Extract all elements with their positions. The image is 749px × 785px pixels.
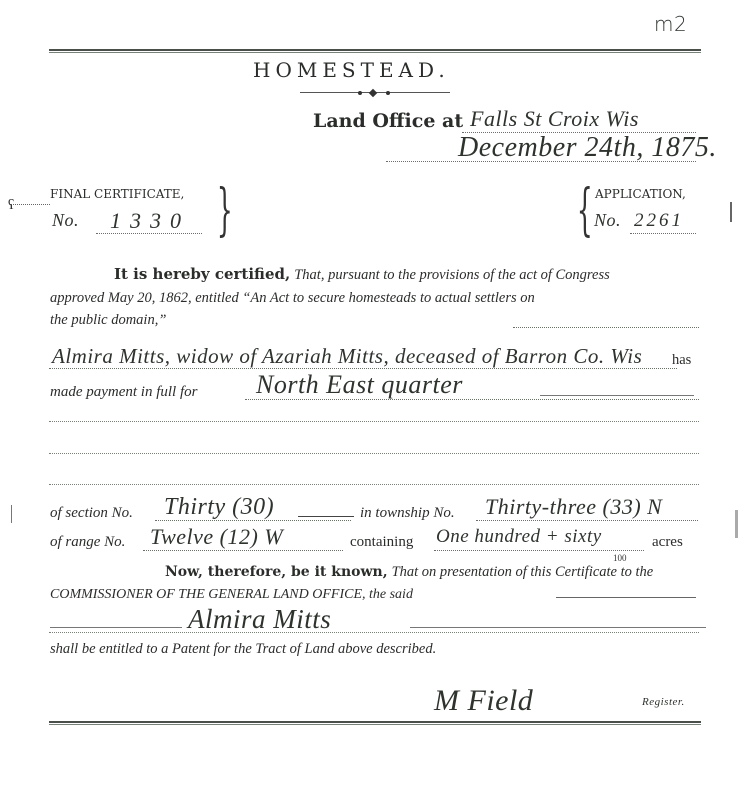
blank-line-2 [49, 453, 699, 454]
margin-mark-left [10, 204, 50, 206]
certification-line-1: It is hereby certified, That, pursuant t… [114, 265, 610, 284]
margin-mark-right [730, 202, 732, 222]
certification-text-1: That, pursuant to the provisions of the … [294, 267, 610, 283]
application-no-label: No. [594, 210, 621, 231]
has-label: has [672, 352, 691, 369]
conclusion-text-3: shall be entitled to a Patent for the Tr… [50, 641, 436, 658]
top-rule [49, 49, 701, 53]
conclusion-text-2: COMMISSIONER OF THE GENERAL LAND OFFICE,… [50, 587, 413, 603]
certification-lead: It is hereby certified, [114, 265, 290, 283]
application-number: 2261 [634, 210, 684, 232]
margin-mark-left-2 [11, 505, 12, 523]
claimant-value: Almira Mitts, widow of Azariah Mitts, de… [52, 344, 642, 369]
final-certificate-number: 1330 [110, 208, 190, 234]
signature-title: Register. [642, 696, 685, 708]
tract-dash [540, 395, 694, 396]
tract-value: North East quarter [256, 370, 463, 400]
signature-name: M Field [434, 684, 533, 718]
land-office-value: Falls St Croix Wis [470, 106, 639, 132]
margin-mark-right-2 [735, 510, 738, 538]
township-label: in township No. [360, 505, 455, 522]
corner-note: m2 [654, 12, 687, 36]
blank-line-3 [49, 484, 699, 485]
section-value: Thirty (30) [164, 494, 274, 521]
bottom-rule [49, 721, 701, 725]
left-brace-icon: { [577, 183, 593, 239]
conclusion-line-1: Now, therefore, be it known, That on pre… [165, 563, 653, 581]
final-certificate-no-label: No. [52, 210, 79, 231]
containing-label: containing [350, 534, 413, 551]
fraction-denominator: 100 [613, 553, 627, 563]
containing-value: One hundred + sixty [436, 526, 602, 548]
acres-label: acres [652, 534, 683, 551]
conclusion-text-1: That on presentation of this Certificate… [392, 564, 654, 580]
application-label: APPLICATION, [595, 187, 686, 201]
final-certificate-label: FINAL CERTIFICATE, [50, 187, 184, 201]
certification-text-2: approved May 20, 1862, entitled “An Act … [50, 290, 535, 307]
said-dash [556, 597, 696, 598]
containing-line [434, 550, 644, 551]
payment-label: made payment in full for [50, 384, 197, 401]
domain-tail-line [513, 327, 699, 328]
township-line [476, 520, 698, 521]
name-dash-right [410, 627, 706, 628]
range-line [143, 550, 343, 551]
section-dash [298, 516, 354, 517]
said-name-value: Almira Mitts [188, 604, 331, 635]
land-office-label: Land Office at [313, 110, 463, 132]
application-line [630, 233, 696, 234]
range-label: of range No. [50, 534, 125, 551]
page-title: HOMESTEAD. [253, 58, 450, 82]
blank-line-1 [49, 421, 699, 422]
right-brace-icon: } [217, 183, 233, 239]
range-value: Twelve (12) W [150, 524, 283, 550]
name-dash-left [50, 627, 182, 628]
date-value: December 24th, 1875. [458, 132, 717, 164]
section-label: of section No. [50, 505, 133, 522]
ornament-divider [300, 90, 450, 96]
certification-text-3: the public domain,” [50, 312, 166, 329]
margin-mark-glyph: ʕ [8, 198, 14, 214]
conclusion-lead: Now, therefore, be it known, [165, 564, 388, 580]
said-name-line [49, 632, 699, 633]
township-value: Thirty-three (33) N [485, 494, 662, 520]
